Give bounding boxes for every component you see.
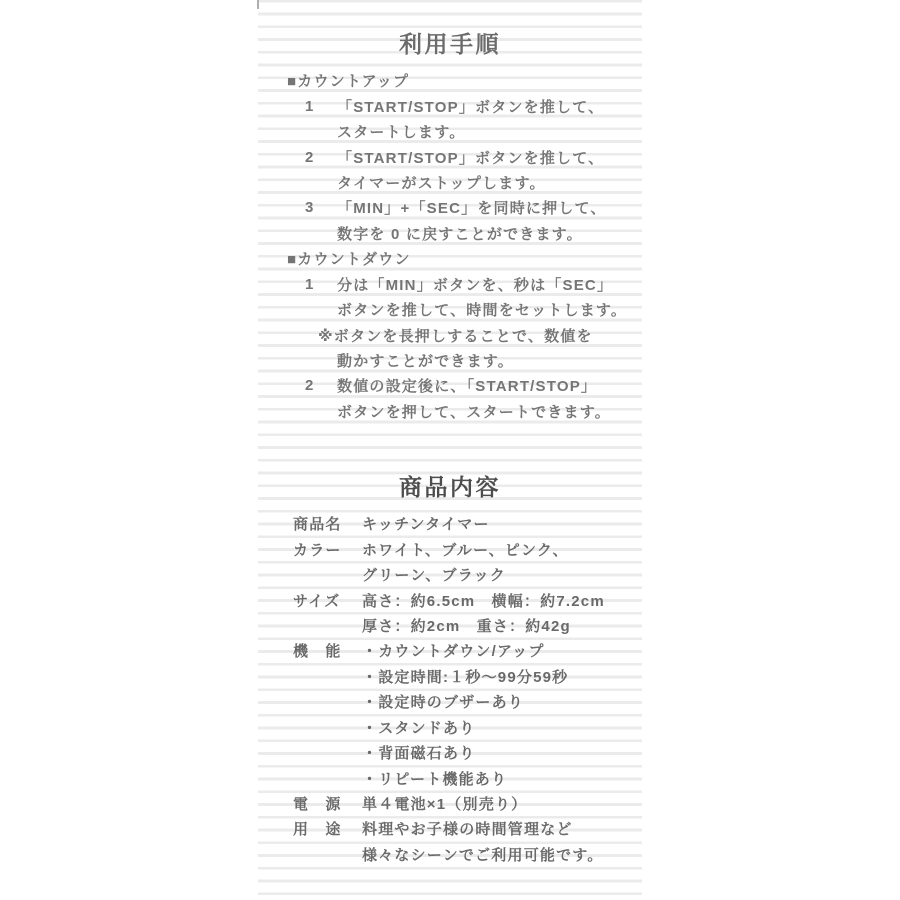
spec-row-function-item: ・設定時のブザーあり — [258, 689, 642, 714]
step-text: 「START/STOP」ボタンを推して、 — [337, 147, 604, 168]
usage-step-continuation: スタートします。 — [258, 119, 642, 144]
spec-row-use-continuation: 様々なシーンでご利用可能です。 — [258, 842, 642, 867]
usage-step-continuation: 数字を 0 に戻すことができます。 — [258, 221, 642, 246]
step-number: 3 — [305, 199, 337, 216]
row-value: 料理やお子様の時間管理など — [362, 818, 642, 839]
row-value: 様々なシーンでご利用可能です。 — [362, 844, 642, 865]
row-value: ・スタンドあり — [362, 717, 642, 738]
row-label: カラー — [293, 539, 362, 560]
row-value: グリーン、ブラック — [362, 564, 642, 585]
usage-note-continuation: 動かすことができます。 — [258, 348, 642, 373]
spec-row-function-item: ・背面磁石あり — [258, 740, 642, 765]
step-number: 1 — [305, 98, 337, 115]
row-value: ・カウントダウン/アップ — [362, 640, 642, 661]
row-value: ・設定時間:１秒～99分59秒 — [362, 666, 642, 687]
usage-step: 1分は「MIN」ボタンを、秒は「SEC」 — [258, 272, 642, 297]
spec-row-function: 機 能・カウントダウン/アップ — [258, 638, 642, 663]
usage-note: ※ボタンを長押しすることで、数値を — [258, 322, 642, 347]
usage-step: 2数値の設定後に、「START/STOP」 — [258, 373, 642, 398]
step-text: スタートします。 — [337, 121, 465, 142]
row-value: ・設定時のブザーあり — [362, 691, 642, 712]
usage-step-continuation: ボタンを推して、時間をセットします。 — [258, 297, 642, 322]
usage-section-title: 利用手順 — [258, 26, 642, 59]
step-text: ボタンを推して、時間をセットします。 — [337, 299, 627, 320]
row-label: 電 源 — [293, 793, 362, 814]
row-label: 商品名 — [293, 513, 362, 534]
usage-step: 1「START/STOP」ボタンを推して、 — [258, 93, 642, 118]
spec-row-color: カラーホワイト、ブルー、ピンク、 — [258, 536, 642, 561]
row-value: 単４電池×1（別売り） — [362, 793, 642, 814]
note-text: ※ボタンを長押しすることで、数値を — [318, 325, 593, 346]
step-text: 「START/STOP」ボタンを推して、 — [337, 96, 604, 117]
product-spec-table: 商品名キッチンタイマー カラーホワイト、ブルー、ピンク、 グリーン、ブラック サ… — [258, 511, 642, 867]
row-value: 高さ：約6.5cm 横幅：約7.2cm — [362, 590, 642, 611]
step-number: 2 — [305, 377, 337, 394]
step-text: 数字を 0 に戻すことができます。 — [337, 223, 583, 244]
row-value: 厚さ：約2cm 重さ：約42g — [362, 615, 642, 636]
section-heading-countup: ■カウントアップ — [258, 68, 642, 93]
spec-row-function-item: ・スタンドあり — [258, 715, 642, 740]
spec-row-use: 用 途料理やお子様の時間管理など — [258, 816, 642, 841]
heading-text: ■カウントダウン — [287, 248, 411, 269]
row-value: ・背面磁石あり — [362, 742, 642, 763]
row-value: キッチンタイマー — [362, 513, 642, 534]
spec-row-function-item: ・設定時間:１秒～99分59秒 — [258, 664, 642, 689]
spec-row-function-item: ・リピート機能あり — [258, 765, 642, 790]
step-text: 分は「MIN」ボタンを、秒は「SEC」 — [337, 274, 613, 295]
usage-step: 3「MIN」+「SEC」を同時に押して、 — [258, 195, 642, 220]
spec-row-color-continuation: グリーン、ブラック — [258, 562, 642, 587]
row-label: 用 途 — [293, 818, 362, 839]
row-label: 機 能 — [293, 640, 362, 661]
step-text: 数値の設定後に、「START/STOP」 — [337, 375, 597, 396]
usage-step-continuation: ボタンを押して、スタートできます。 — [258, 399, 642, 424]
spec-row-power: 電 源単４電池×1（別売り） — [258, 791, 642, 816]
page-top-tick — [257, 0, 259, 9]
section-heading-countdown: ■カウントダウン — [258, 246, 642, 271]
step-text: タイマーがストップします。 — [337, 172, 546, 193]
spec-row-size: サイズ高さ：約6.5cm 横幅：約7.2cm — [258, 587, 642, 612]
usage-step-continuation: タイマーがストップします。 — [258, 170, 642, 195]
row-value: ホワイト、ブルー、ピンク、 — [362, 539, 642, 560]
spec-row-name: 商品名キッチンタイマー — [258, 511, 642, 536]
usage-instructions: ■カウントアップ 1「START/STOP」ボタンを推して、 スタートします。 … — [258, 68, 642, 424]
heading-text: ■カウントアップ — [287, 70, 409, 91]
usage-step: 2「START/STOP」ボタンを推して、 — [258, 144, 642, 169]
step-number: 2 — [305, 149, 337, 166]
product-section-title: 商品内容 — [258, 469, 642, 502]
step-number: 1 — [305, 276, 337, 293]
row-label: サイズ — [293, 590, 362, 611]
step-text: 「MIN」+「SEC」を同時に押して、 — [337, 197, 607, 218]
row-value: ・リピート機能あり — [362, 768, 642, 789]
spec-row-size-continuation: 厚さ：約2cm 重さ：約42g — [258, 613, 642, 638]
note-text: 動かすことができます。 — [337, 350, 514, 371]
step-text: ボタンを押して、スタートできます。 — [337, 401, 611, 422]
